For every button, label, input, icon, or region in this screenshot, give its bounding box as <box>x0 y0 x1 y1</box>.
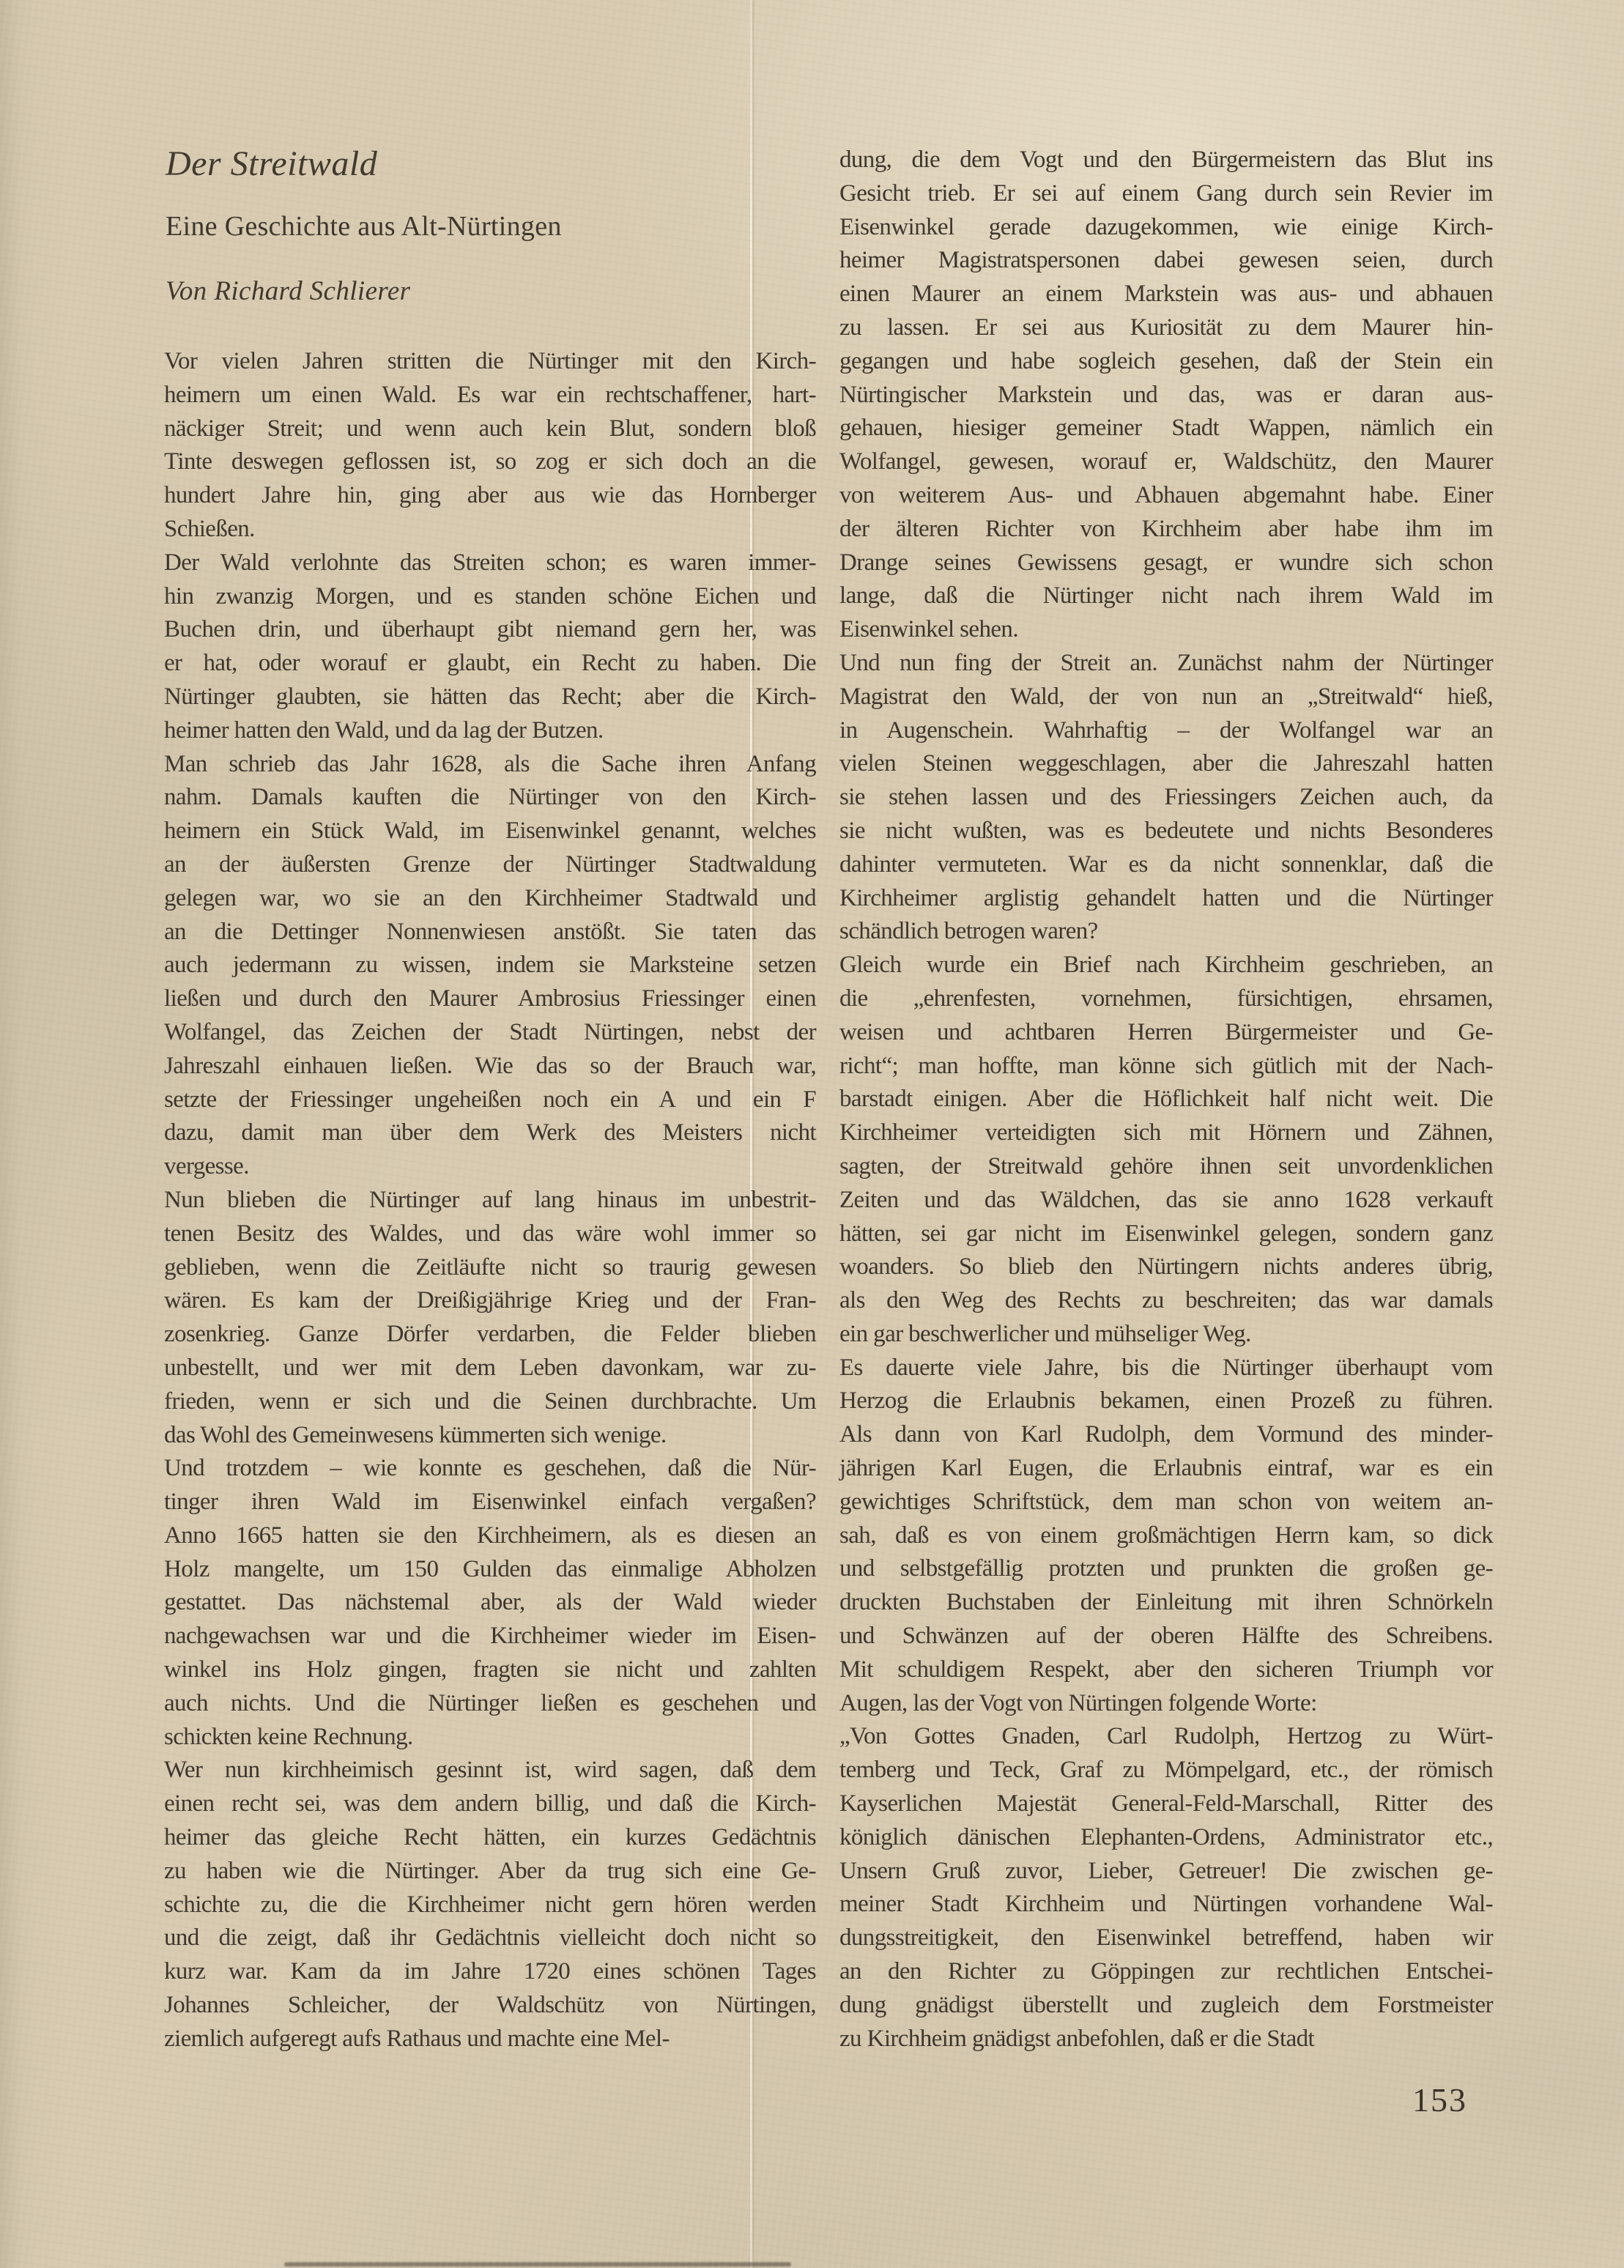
text-line: gegangen und habe sogleich gesehen, daß … <box>839 345 1493 379</box>
text-line: hätten, sei gar nicht im Eisenwinkel gel… <box>839 1218 1493 1251</box>
text-line: temberg und Teck, Graf zu Mömpelgard, et… <box>839 1754 1493 1787</box>
text-line: schändlich betrogen waren? <box>839 915 1493 949</box>
text-line: heimern ein Stück Wald, im Eisenwinkel g… <box>164 815 816 848</box>
text-line: zu lassen. Er sei aus Kuriosität zu dem … <box>839 311 1493 345</box>
text-line: Als dann von Karl Rudolph, dem Vormund d… <box>839 1418 1493 1452</box>
text-line: Kirchheimer verteidigten sich mit Hörner… <box>839 1116 1493 1150</box>
text-line: Drange seines Gewissens gesagt, er wundr… <box>839 546 1493 580</box>
text-line: tinger ihren Wald im Eisenwinkel einfach… <box>164 1486 816 1519</box>
text-line: das Wohl des Gemeinwesens kümmerten sich… <box>164 1419 816 1453</box>
text-line: lange, daß die Nürtinger nicht nach ihre… <box>839 579 1493 613</box>
text-line: kurz war. Kam da im Jahre 1720 eines sch… <box>164 1955 816 1989</box>
text-line: Herzog die Erlaubnis bekamen, einen Proz… <box>839 1385 1493 1418</box>
text-line: sie stehen lassen und des Friessingers Z… <box>839 781 1493 815</box>
text-line: näckiger Streit; und wenn auch kein Blut… <box>164 412 816 446</box>
text-line: jährigen Karl Eugen, die Erlaubnis eintr… <box>839 1452 1493 1486</box>
text-line: Buchen drin, und überhaupt gibt niemand … <box>164 613 816 647</box>
text-line: ließen und durch den Maurer Ambrosius Fr… <box>164 982 816 1016</box>
text-line: dungsstreitigkeit, den Eisenwinkel betre… <box>839 1921 1493 1955</box>
text-line: setzte der Friessinger ungeheißen noch e… <box>164 1083 816 1117</box>
text-line: Und nun fing der Streit an. Zunächst nah… <box>839 647 1493 681</box>
text-line: Tinte deswegen geflossen ist, so zog er … <box>164 445 816 479</box>
text-line: Mit schuldigem Respekt, aber den sichere… <box>839 1653 1493 1687</box>
text-column-right: dung, die dem Vogt und den Bürgermeister… <box>839 144 1493 2056</box>
text-line: an den Richter zu Göppingen zur rechtlic… <box>839 1955 1493 1989</box>
text-line: sah, daß es von einem großmächtigen Herr… <box>839 1519 1493 1553</box>
text-line: Wolfangel, gewesen, worauf er, Waldschüt… <box>839 445 1493 479</box>
text-line: gestattet. Das nächstemal aber, als der … <box>164 1586 816 1620</box>
article-subtitle: Eine Geschichte aus Alt-Nürtingen <box>166 210 562 242</box>
text-line: Man schrieb das Jahr 1628, als die Sache… <box>164 748 816 782</box>
text-line: dung gnädigst überstellt und zugleich de… <box>839 1989 1493 2023</box>
text-line: Zeiten und das Wäldchen, das sie anno 16… <box>839 1184 1493 1218</box>
text-line: Kayserlichen Majestät General-Feld-Marsc… <box>839 1787 1493 1821</box>
page-bottom-edge-shadow <box>284 2262 791 2267</box>
text-line: ein gar beschwerlicher und mühseliger We… <box>839 1318 1493 1352</box>
text-line: Der Wald verlohnte das Streiten schon; e… <box>164 546 816 580</box>
text-line: königlich dänischen Elephanten-Ordens, A… <box>839 1821 1493 1855</box>
text-line: Gesicht trieb. Er sei auf einem Gang dur… <box>839 177 1493 211</box>
text-line: heimer Magistratspersonen dabei gewesen … <box>839 244 1493 278</box>
text-line: winkel ins Holz gingen, fragten sie nich… <box>164 1653 816 1687</box>
text-line: Es dauerte viele Jahre, bis die Nürtinge… <box>839 1352 1493 1385</box>
book-page-scan: Der Streitwald Eine Geschichte aus Alt-N… <box>0 0 1624 2268</box>
text-line: einen recht sei, was dem andern billig, … <box>164 1787 816 1821</box>
text-line: zosenkrieg. Ganze Dörfer verdarben, die … <box>164 1318 816 1352</box>
text-line: nahm. Damals kauften die Nürtinger von d… <box>164 781 816 815</box>
text-line: unbestellt, und wer mit dem Leben davonk… <box>164 1352 816 1385</box>
text-line: dazu, damit man über dem Werk des Meiste… <box>164 1116 816 1150</box>
text-line: vergesse. <box>164 1150 816 1184</box>
text-line: wären. Es kam der Dreißigjährige Krieg u… <box>164 1284 816 1318</box>
article-title: Der Streitwald <box>166 144 377 184</box>
text-line: Anno 1665 hatten sie den Kirchheimern, a… <box>164 1519 816 1553</box>
text-line: und die zeigt, daß ihr Gedächtnis vielle… <box>164 1921 816 1955</box>
text-line: als den Weg des Rechts zu beschreiten; d… <box>839 1284 1493 1318</box>
text-line: Augen, las der Vogt von Nürtingen folgen… <box>839 1687 1493 1721</box>
text-line: barstadt einigen. Aber die Höflichkeit h… <box>839 1083 1493 1116</box>
text-line: gelegen war, wo sie an den Kirchheimer S… <box>164 882 816 916</box>
text-line: woanders. So blieb den Nürtingern nichts… <box>839 1250 1493 1284</box>
text-line: sie nicht wußten, was es bedeutete und n… <box>839 815 1493 848</box>
text-line: auch nichts. Und die Nürtinger ließen es… <box>164 1687 816 1721</box>
text-line: Jahreszahl einhauen ließen. Wie das so d… <box>164 1050 816 1083</box>
text-line: Nun blieben die Nürtinger auf lang hinau… <box>164 1184 816 1218</box>
text-line: schichte zu, die die Kirchheimer nicht g… <box>164 1889 816 1922</box>
text-line: dung, die dem Vogt und den Bürgermeister… <box>839 144 1493 177</box>
text-line: der älteren Richter von Kirchheim aber h… <box>839 513 1493 546</box>
text-line: die „ehrenfesten, vornehmen, fürsichtige… <box>839 982 1493 1016</box>
text-line: heimer das gleiche Recht hätten, ein kur… <box>164 1821 816 1855</box>
text-line: an die Dettinger Nonnenwiesen anstößt. S… <box>164 916 816 949</box>
text-line: weisen und achtbaren Herren Bürgermeiste… <box>839 1016 1493 1050</box>
text-line: richt“; man hoffte, man könne sich gütli… <box>839 1050 1493 1083</box>
text-line: Eisenwinkel sehen. <box>839 613 1493 647</box>
text-line: „Von Gottes Gnaden, Carl Rudolph, Hertzo… <box>839 1720 1493 1754</box>
text-line: und selbstgefällig protzten und prunkten… <box>839 1552 1493 1586</box>
text-line: Wolfangel, das Zeichen der Stadt Nürting… <box>164 1016 816 1050</box>
text-line: Vor vielen Jahren stritten die Nürtinger… <box>164 345 816 379</box>
text-line: hundert Jahre hin, ging aber aus wie das… <box>164 479 816 513</box>
text-line: Nürtinger glaubten, sie hätten das Recht… <box>164 681 816 714</box>
text-line: hin zwanzig Morgen, und es standen schön… <box>164 580 816 614</box>
text-line: heimer hatten den Wald, und da lag der B… <box>164 714 816 748</box>
text-line: dahinter vermuteten. War es da nicht son… <box>839 848 1493 882</box>
text-line: einen Maurer an einem Markstein was aus-… <box>839 278 1493 311</box>
text-line: nachgewachsen war und die Kirchheimer wi… <box>164 1620 816 1653</box>
text-line: Gleich wurde ein Brief nach Kirchheim ge… <box>839 949 1493 982</box>
text-line: tenen Besitz des Waldes, und das wäre wo… <box>164 1218 816 1251</box>
text-line: frieden, wenn er sich und die Seinen dur… <box>164 1385 816 1419</box>
text-line: Magistrat den Wald, der von nun an „Stre… <box>839 681 1493 714</box>
text-line: meiner Stadt Kirchheim und Nürtingen vor… <box>839 1888 1493 1921</box>
text-line: auch jedermann zu wissen, indem sie Mark… <box>164 949 816 982</box>
text-line: schickten keine Rechnung. <box>164 1721 816 1754</box>
page-number: 153 <box>1412 2080 1467 2119</box>
text-line: er hat, oder worauf er glaubt, ein Recht… <box>164 647 816 681</box>
text-line: in Augenschein. Wahrhaftig – der Wolfang… <box>839 714 1493 748</box>
text-line: Unsern Gruß zuvor, Lieber, Getreuer! Die… <box>839 1855 1493 1889</box>
text-line: Johannes Schleicher, der Waldschütz von … <box>164 1989 816 2023</box>
text-line: und Schwänzen auf der oberen Hälfte des … <box>839 1620 1493 1653</box>
article-author-byline: Von Richard Schlierer <box>166 275 410 307</box>
text-line: Holz mangelte, um 150 Gulden das einmali… <box>164 1553 816 1587</box>
text-line: gewichtiges Schriftstück, dem man schon … <box>839 1486 1493 1519</box>
text-line: Eisenwinkel gerade dazugekommen, wie ein… <box>839 211 1493 245</box>
text-line: ziemlich aufgeregt aufs Rathaus und mach… <box>164 2023 816 2056</box>
text-line: Kirchheimer arglistig gehandelt hatten u… <box>839 882 1493 916</box>
text-line: geblieben, wenn die Zeitläufte nicht so … <box>164 1251 816 1285</box>
text-line: gehauen, hiesiger gemeiner Stadt Wappen,… <box>839 412 1493 445</box>
text-line: von weiterem Aus- und Abhauen abgemahnt … <box>839 479 1493 513</box>
text-line: Nürtingischer Markstein und das, was er … <box>839 379 1493 412</box>
text-line: druckten Buchstaben der Einleitung mit i… <box>839 1586 1493 1620</box>
text-line: sagten, der Streitwald gehöre ihnen seit… <box>839 1150 1493 1184</box>
text-line: Und trotzdem – wie konnte es geschehen, … <box>164 1452 816 1486</box>
text-line: Wer nun kirchheimisch gesinnt ist, wird … <box>164 1754 816 1787</box>
text-line: zu Kirchheim gnädigst anbefohlen, daß er… <box>839 2023 1493 2056</box>
text-line: heimern um einen Wald. Es war ein rechts… <box>164 379 816 412</box>
text-line: vielen Steinen weggeschlagen, aber die J… <box>839 747 1493 781</box>
text-line: an der äußersten Grenze der Nürtinger St… <box>164 848 816 882</box>
text-line: Schießen. <box>164 513 816 546</box>
text-column-left: Vor vielen Jahren stritten die Nürtinger… <box>164 345 816 2056</box>
text-line: zu haben wie die Nürtinger. Aber da trug… <box>164 1855 816 1889</box>
